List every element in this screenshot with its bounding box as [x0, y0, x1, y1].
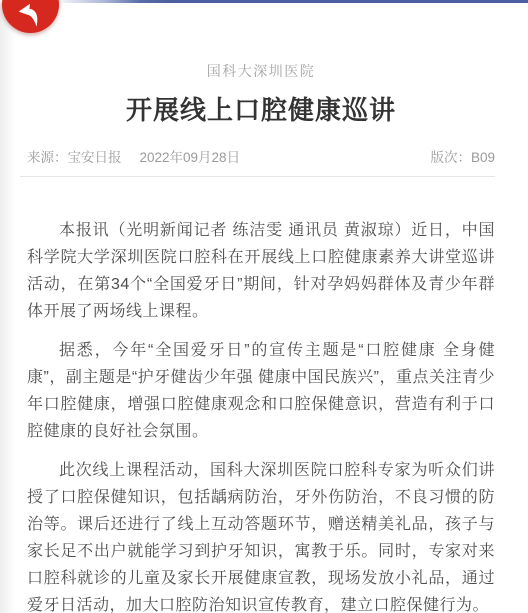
page-title: 开展线上口腔健康巡讲 — [27, 90, 495, 127]
article-body: 本报讯（光明新闻记者 练洁雯 通讯员 黄淑琼）近日，中国科学院大学深圳医院口腔科… — [27, 177, 495, 613]
article: 国科大深圳医院 开展线上口腔健康巡讲 来源：宝安日报 2022年09月28日 版… — [0, 61, 528, 613]
paragraph: 本报讯（光明新闻记者 练洁雯 通讯员 黄淑琼）近日，中国科学院大学深圳医院口腔科… — [27, 217, 495, 325]
edition-label: 版次：B09 — [430, 146, 495, 166]
back-arrow-icon — [15, 2, 45, 30]
publish-date: 2022年09月28日 — [140, 146, 241, 166]
paragraph: 此次线上课程活动，国科大深圳医院口腔科专家为听众们讲授了口腔保健知识，包括龋病防… — [27, 457, 495, 613]
publication-name: 国科大深圳医院 — [27, 61, 495, 81]
source-label: 来源：宝安日报 — [27, 146, 122, 166]
article-meta: 来源：宝安日报 2022年09月28日 版次：B09 — [27, 146, 495, 166]
paragraph: 据悉，今年“全国爱牙日”的宣传主题是“口腔健康 全身健康”，副主题是“护牙健齿少… — [27, 337, 495, 445]
top-banner-edge — [0, 0, 528, 3]
